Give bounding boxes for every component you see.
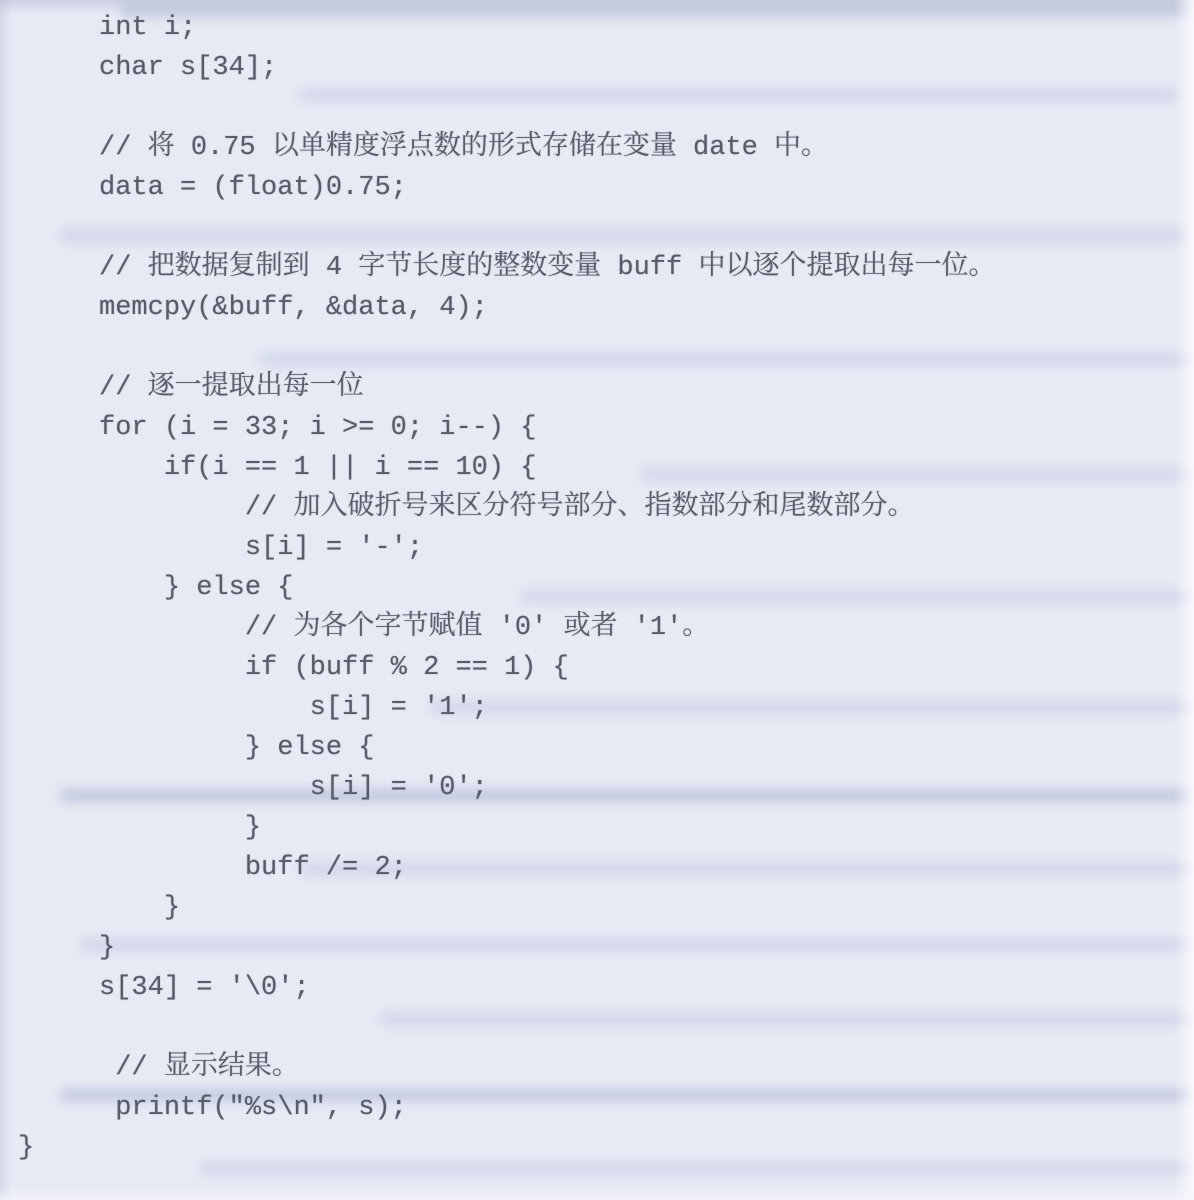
page-edge-highlight (1174, 0, 1194, 1200)
page-edge-shadow (0, 0, 12, 1200)
scanned-book-page: int i; char s[34]; // 将 0.75 以单精度浮点数的形式存… (0, 0, 1194, 1200)
code-listing: int i; char s[34]; // 将 0.75 以单精度浮点数的形式存… (18, 8, 995, 1168)
page-edge-highlight (0, 1186, 1194, 1200)
